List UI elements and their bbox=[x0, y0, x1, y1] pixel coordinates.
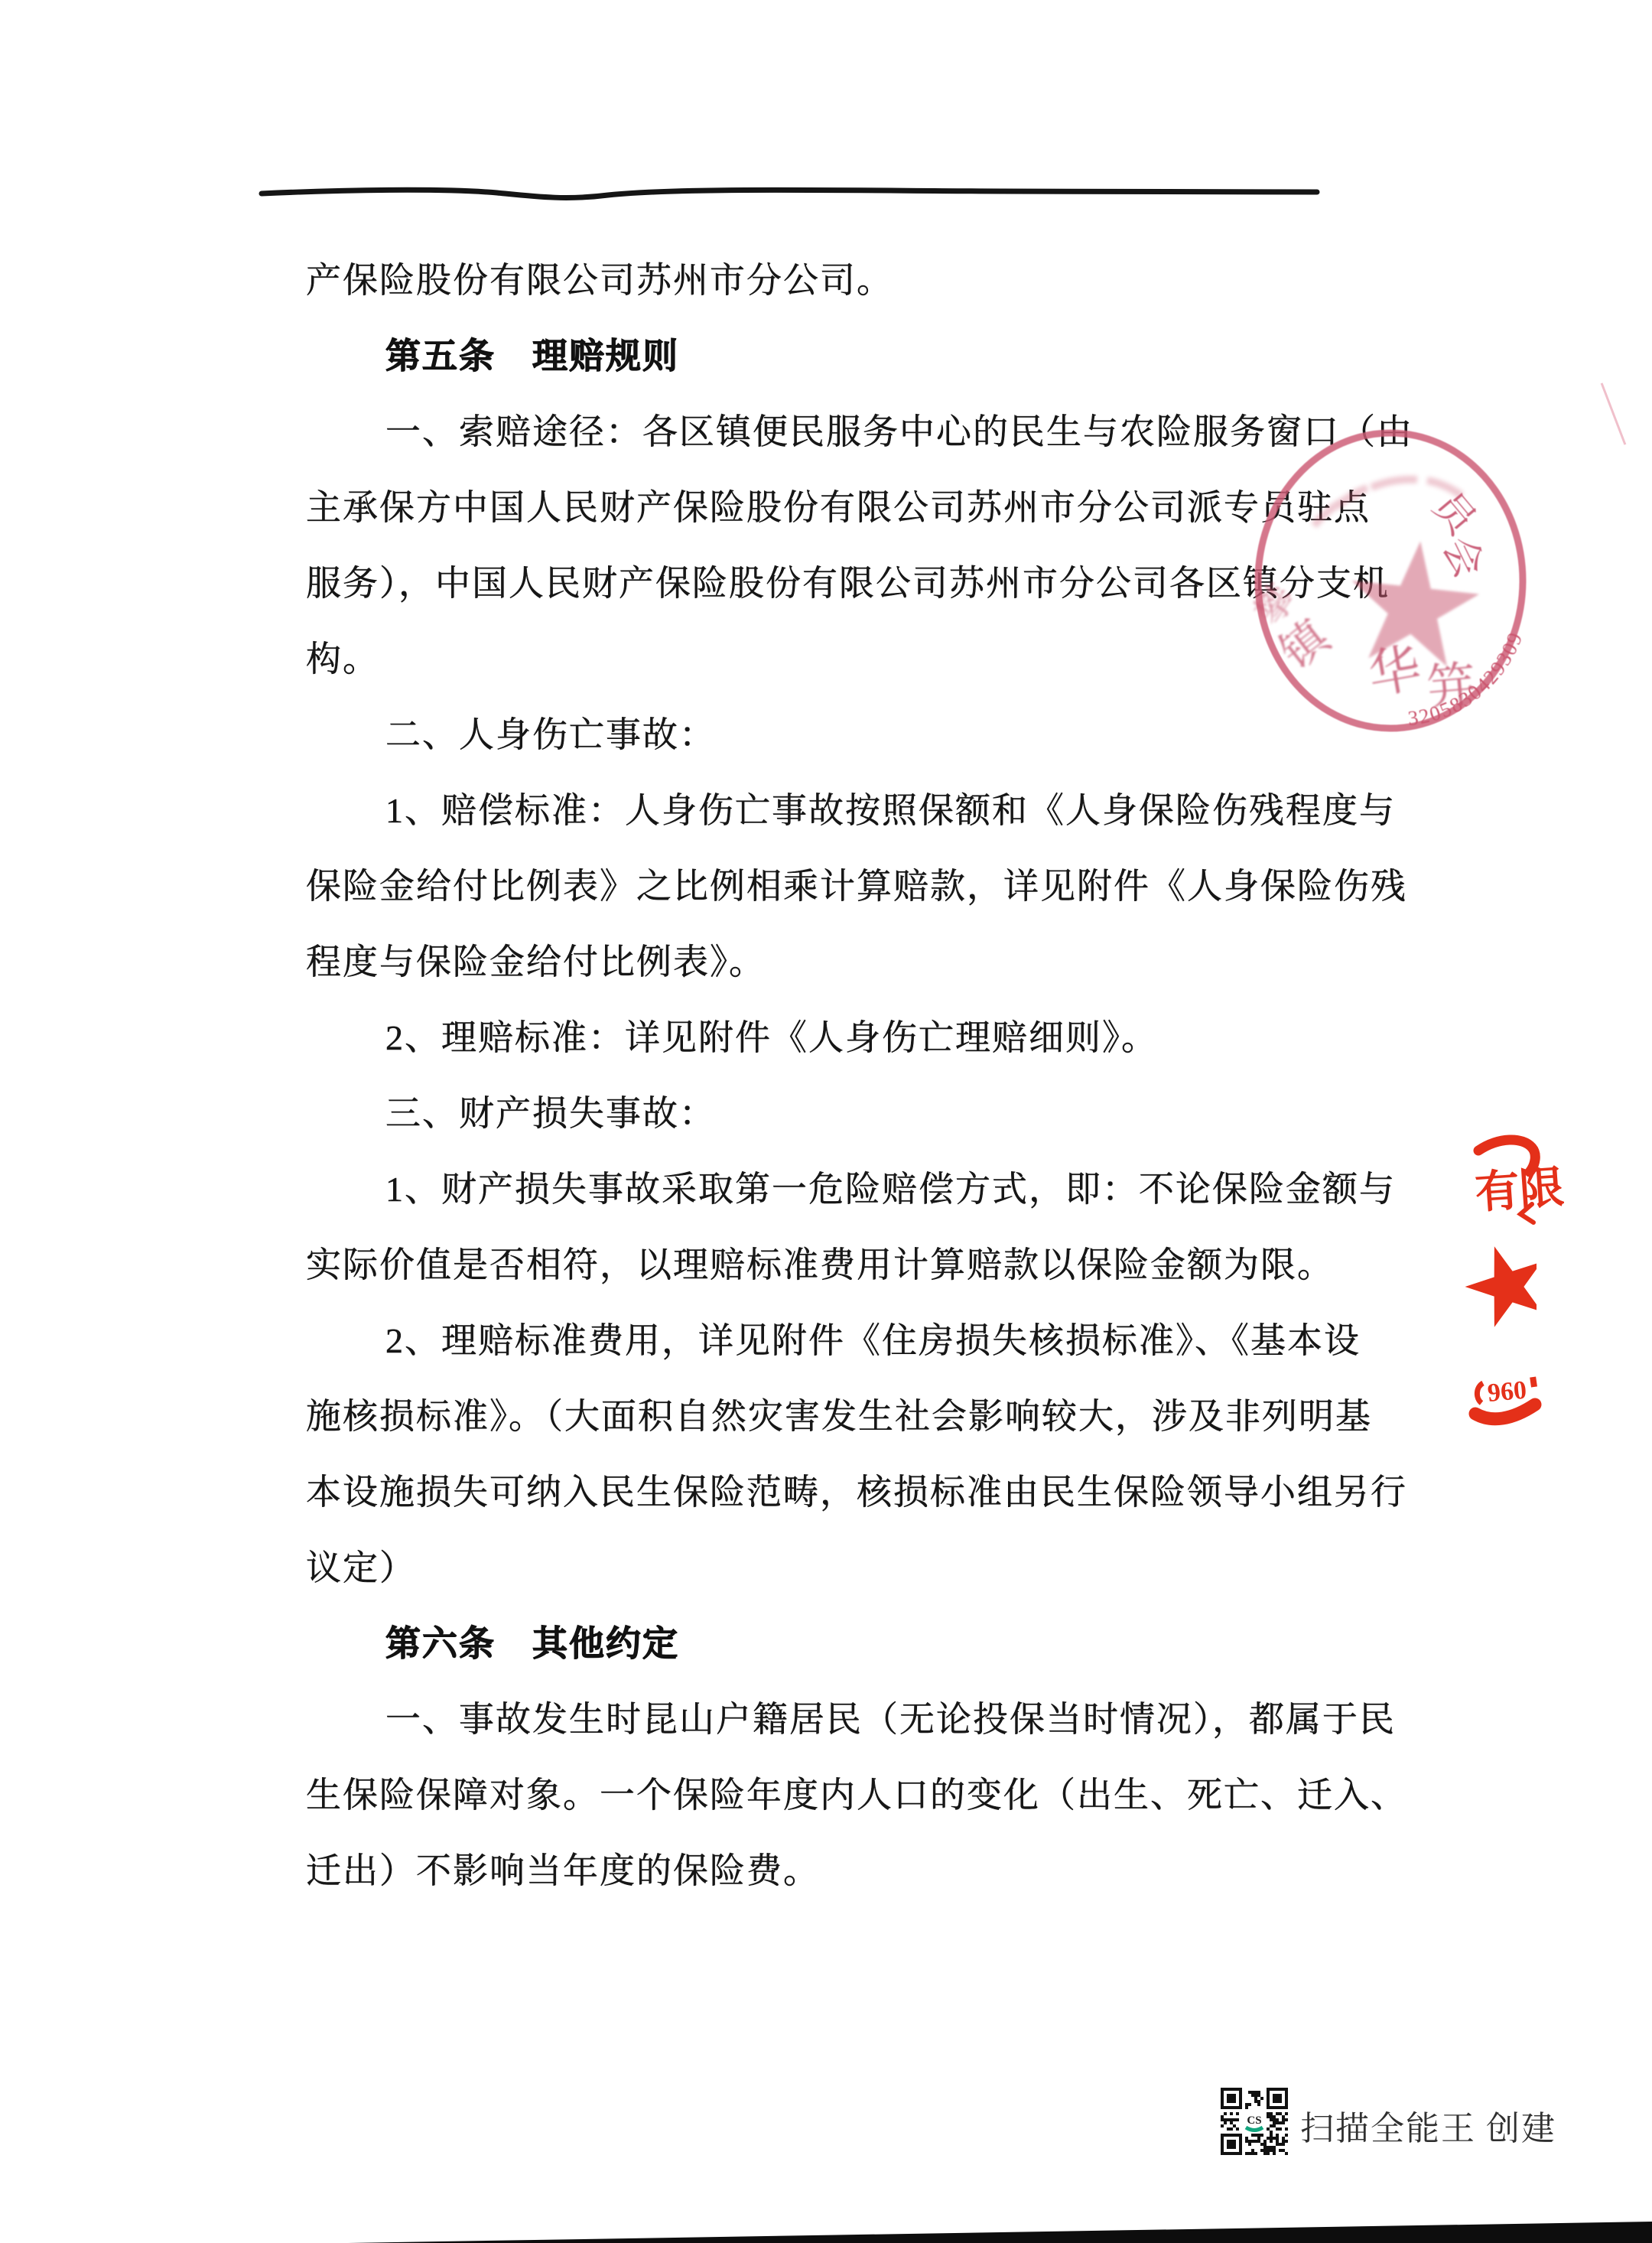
edge-stamp-bar bbox=[1478, 1140, 1535, 1172]
text-line: 生保险保障对象。一个保险年度内人口的变化（出生、死亡、迁入、 bbox=[306, 1757, 1327, 1833]
edge-stamp-chars: 有限 bbox=[1474, 1162, 1566, 1218]
text-line: 一、索赔途径：各区镇便民服务中心的民生与农险服务窗口（由 bbox=[306, 394, 1327, 470]
edge-stamp-partial-digit bbox=[1477, 1383, 1483, 1403]
text-line: 三、财产损失事故： bbox=[306, 1076, 1327, 1151]
article-heading: 第五条 理赔规则 bbox=[306, 318, 1327, 394]
seal-smudge-glyph: 华 bbox=[1364, 639, 1426, 705]
scanned-document-page: 产保险股份有限公司苏州市分公司。 第五条 理赔规则 一、索赔途径：各区镇便民服务… bbox=[0, 0, 1652, 2243]
seal-arc-char: 会 bbox=[1434, 530, 1491, 585]
text-line: 迁出）不影响当年度的保险费。 bbox=[306, 1833, 1327, 1909]
text-line: 保险金给付比例表》之比例相乘计算赔款，详见附件《人身保险伤残 bbox=[306, 848, 1327, 924]
edge-stamp-fragment: 有限 960 bbox=[1457, 1125, 1652, 1431]
text-line: 2、理赔标准费用，详见附件《住房损失核损标准》、《基本设 bbox=[306, 1303, 1327, 1379]
seal-smudge-glyph: 笄 bbox=[1425, 657, 1478, 715]
edge-stamp-digits: 960 bbox=[1487, 1376, 1528, 1408]
text-line: 服务），中国人民财产保险股份有限公司苏州市分公司各区镇分支机 bbox=[306, 545, 1327, 621]
seal-stray-ink-mark bbox=[1601, 383, 1627, 444]
text-line: 本设施损失可纳入民生保险范畴，核损标准由民生保险领导小组另行 bbox=[306, 1454, 1327, 1530]
article-heading: 第六条 其他约定 bbox=[306, 1606, 1327, 1681]
star-cutoff-mask bbox=[1537, 1224, 1652, 1316]
edge-stamp-star-icon bbox=[1457, 1234, 1556, 1332]
edge-stamp-swoosh bbox=[1475, 1405, 1535, 1419]
seal-arc-char: 员 bbox=[1424, 484, 1485, 545]
edge-stamp-digit-mark bbox=[1530, 1377, 1537, 1388]
text-line: 1、赔偿标准：人身伤亡事故按照保额和《人身保险伤残程度与 bbox=[306, 773, 1327, 848]
text-line: 实际价值是否相符，以理赔标准费用计算赔款以保险金额为限。 bbox=[306, 1227, 1327, 1303]
qr-center-logo: CS bbox=[1243, 2110, 1266, 2133]
text-line: 构。 bbox=[306, 621, 1327, 697]
qr-logo-label: CS bbox=[1247, 2114, 1261, 2127]
text-line: 一、事故发生时昆山户籍居民（无论投保当时情况），都属于民 bbox=[306, 1681, 1327, 1757]
text-line: 2、理赔标准：详见附件《人身伤亡理赔细则》。 bbox=[306, 1000, 1327, 1076]
text-line: 1、财产损失事故采取第一危险赔偿方式，即：不论保险金额与 bbox=[306, 1151, 1327, 1227]
text-line: 议定） bbox=[306, 1530, 1327, 1606]
qr-code: CS bbox=[1221, 2088, 1288, 2155]
text-line: 主承保方中国人民财产保险股份有限公司苏州市分公司派专员驻点 bbox=[306, 470, 1327, 545]
text-line: 产保险股份有限公司苏州市分公司。 bbox=[306, 243, 1327, 318]
edge-stamp-tick bbox=[1520, 1204, 1533, 1222]
document-body: 产保险股份有限公司苏州市分公司。 第五条 理赔规则 一、索赔途径：各区镇便民服务… bbox=[306, 243, 1327, 1909]
text-line: 施核损标准》。（大面积自然灾害发生社会影响较大，涉及非列明基 bbox=[306, 1379, 1327, 1454]
credit-text: 扫描全能王 创建 bbox=[1300, 2101, 1556, 2150]
text-line: 二、人身伤亡事故： bbox=[306, 697, 1327, 773]
seal-serial-number: 3205830429309 bbox=[1406, 628, 1527, 730]
bottom-scan-shadow bbox=[0, 2217, 1652, 2243]
top-rule bbox=[252, 182, 1338, 213]
text-line: 程度与保险金给付比例表》。 bbox=[306, 924, 1327, 1000]
